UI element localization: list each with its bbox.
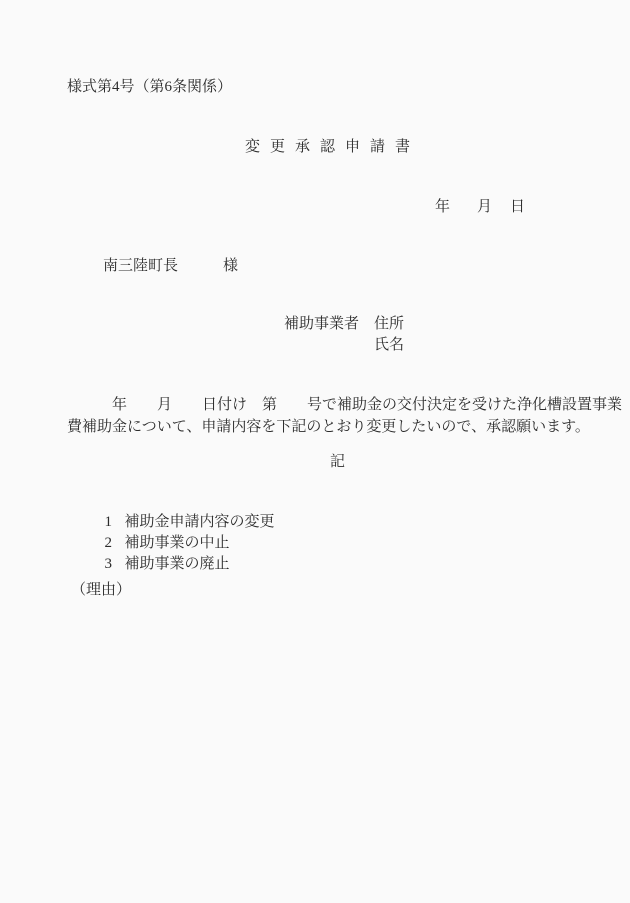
list-item: 3補助事業の廃止 xyxy=(82,542,230,587)
date-month-label: 月 xyxy=(477,200,492,215)
list-item-label: 補助事業の廃止 xyxy=(125,556,230,572)
document-title: 変更承認申請書 xyxy=(245,140,420,155)
applicant-address-line: 補助事業者 住所 xyxy=(284,317,404,332)
list-item-number: 3 xyxy=(105,557,125,572)
body-line-2: 費補助金について、申請内容を下記のとおり変更したいので、承認願います。 xyxy=(67,420,590,435)
date-day-label: 日 xyxy=(510,200,525,215)
reason-label: （理由） xyxy=(71,583,131,598)
body-line-1: 年 月 日付け 第 号で補助金の交付決定を受けた浄化槽設置事業 xyxy=(67,398,622,413)
addressee-line: 南三陸町長 様 xyxy=(103,259,238,274)
form-number: 様式第4号（第6条関係） xyxy=(67,80,232,95)
date-year-label: 年 xyxy=(435,200,450,215)
application-form-page: 様式第4号（第6条関係） 変更承認申請書 年 月 日 南三陸町長 様 補助事業者… xyxy=(0,0,630,903)
record-heading: 記 xyxy=(330,455,345,470)
applicant-name-line: 氏名 xyxy=(374,338,404,353)
